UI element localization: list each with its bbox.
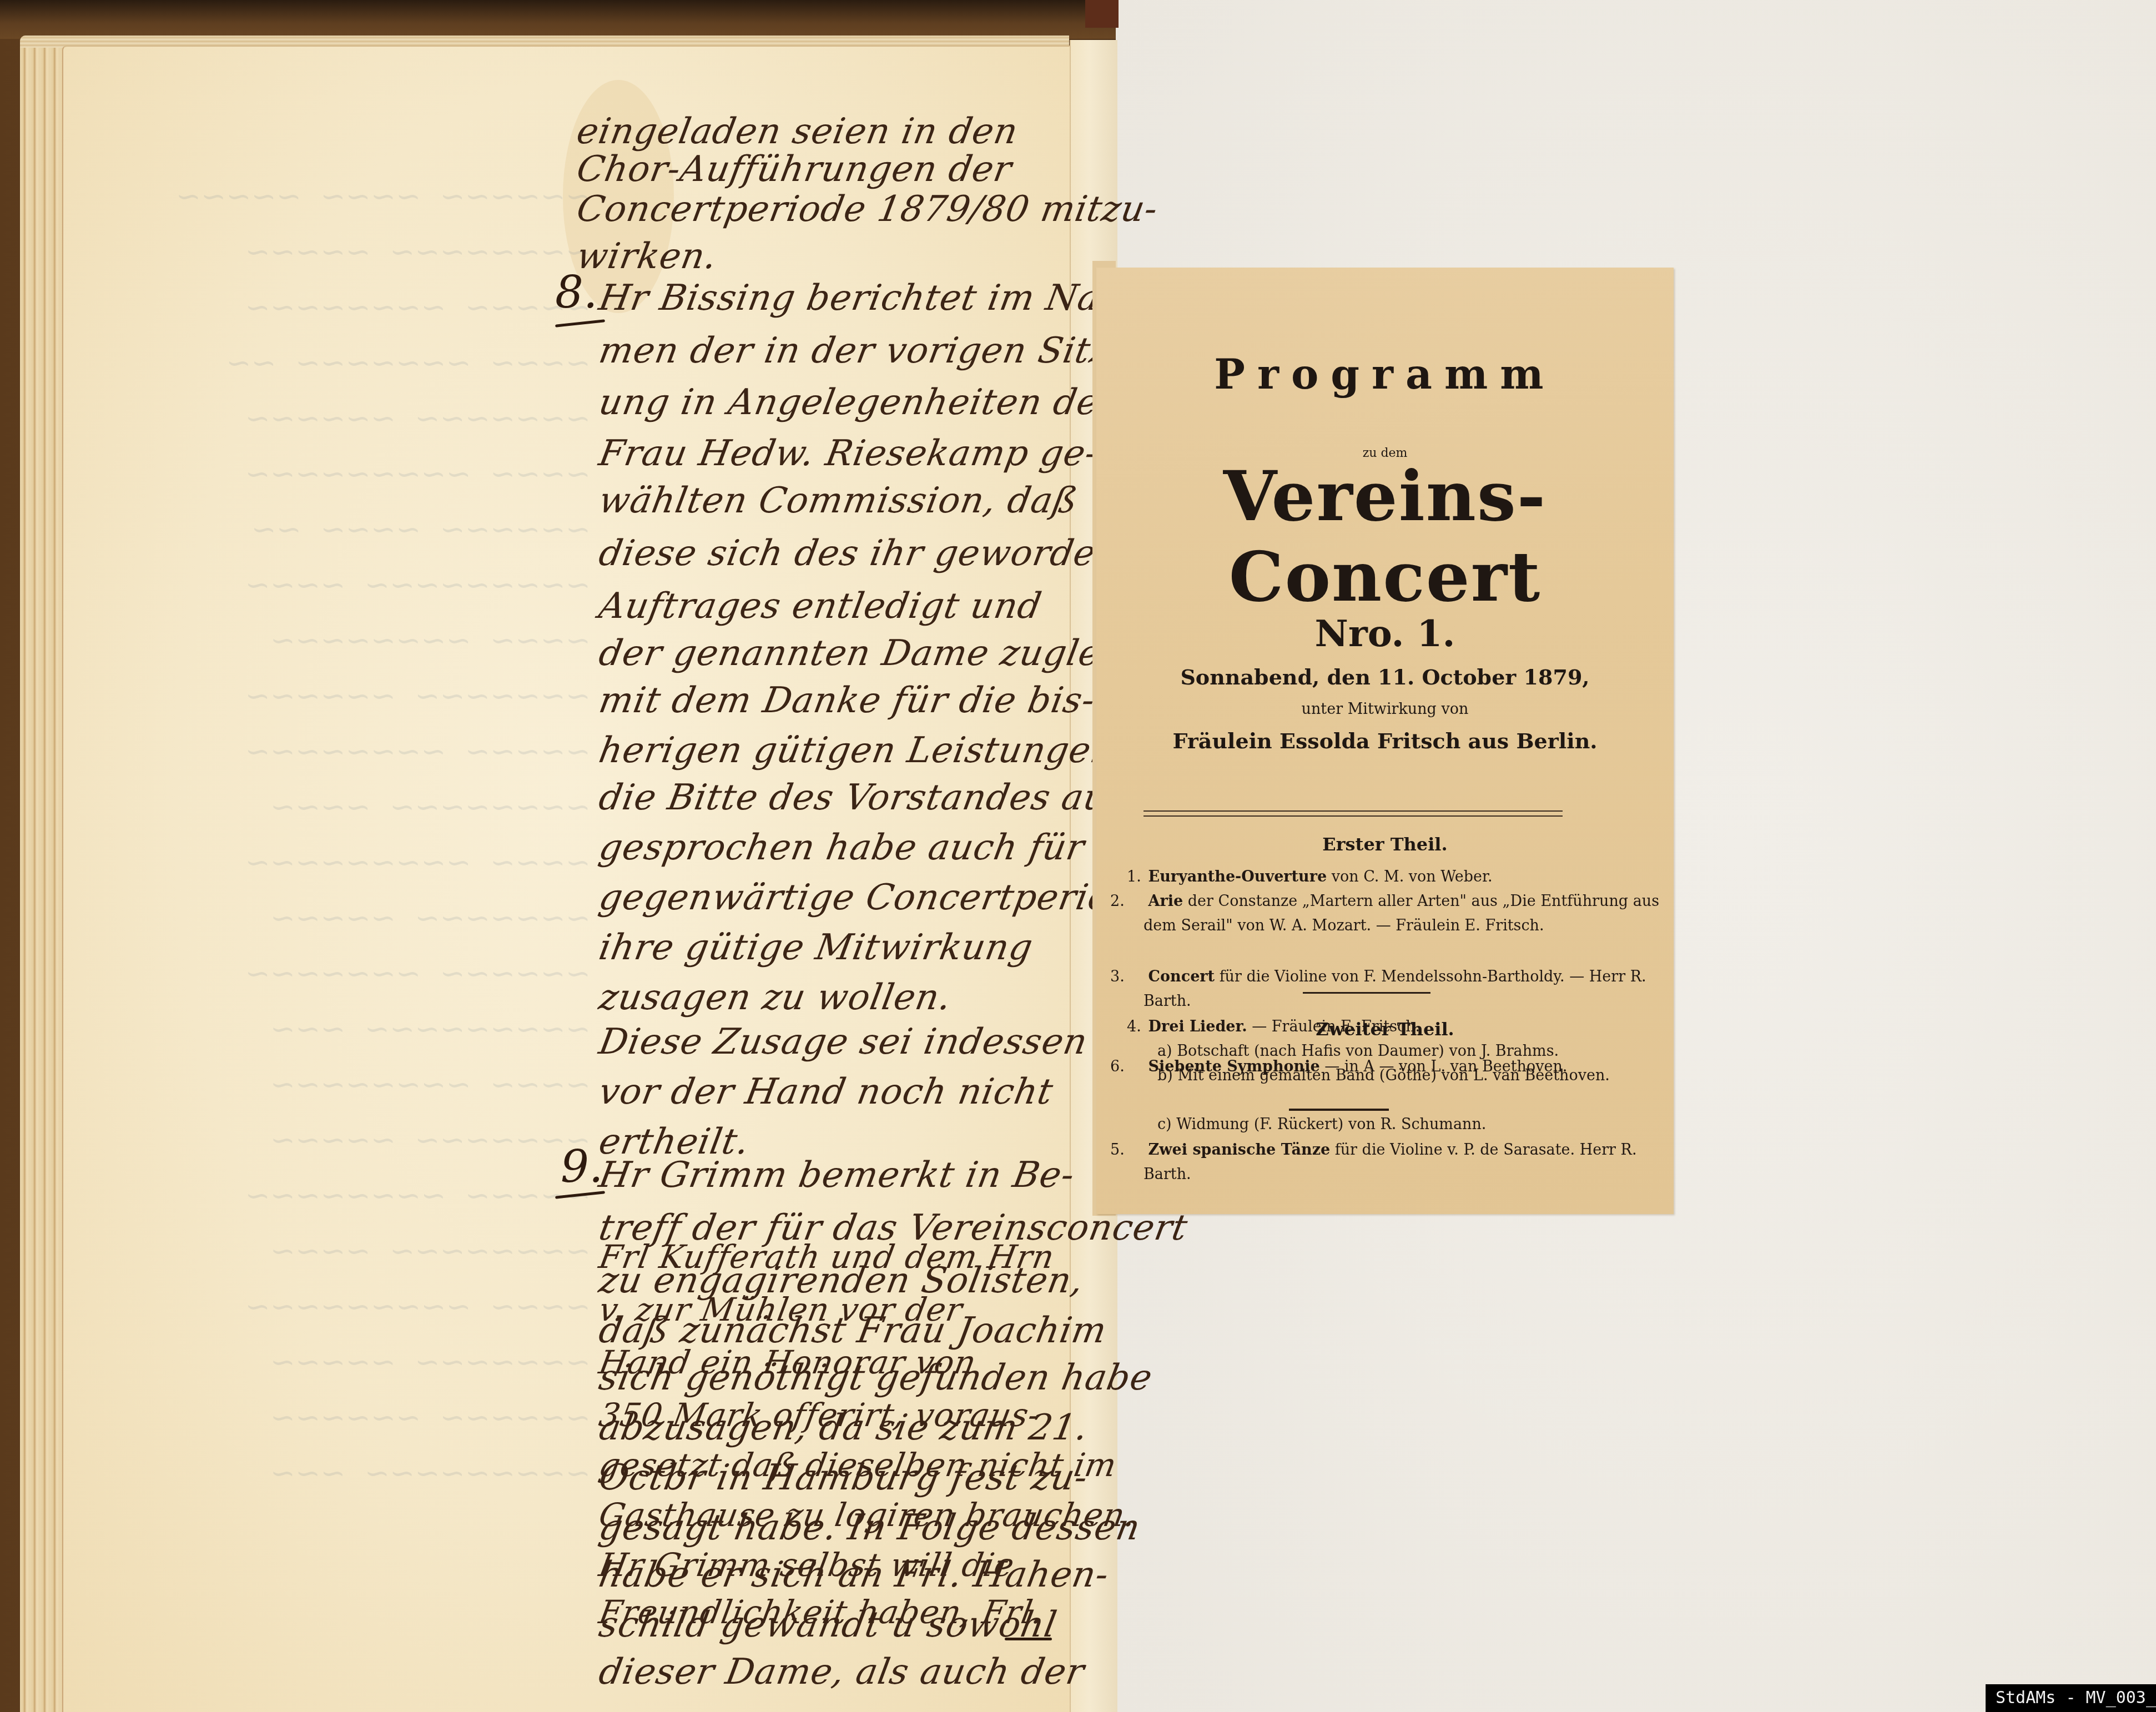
unter-mitwirkung: unter Mitwirkung von: [1096, 701, 1674, 718]
end-dash: [1005, 1638, 1052, 1640]
bleed-through-text: ~~~~~~ ~~~~ ~~~~~ ~~~~~~~~ ~~~~~ ~~~~~ ~…: [191, 169, 591, 1612]
hw-line: Chor-Aufführungen der: [573, 149, 1015, 190]
hw-line: Frau Hedw. Riesekamp ge-: [596, 433, 1101, 474]
hw-line: zusagen zu wollen.: [596, 977, 954, 1018]
book-cover-top-edge: [0, 0, 1116, 39]
programme-title: Vereins-Concert: [1096, 456, 1674, 617]
hw-line: dieser Dame, als auch der: [596, 1651, 1087, 1693]
item-number-8: 8.: [555, 266, 597, 318]
page-stack-edge: [20, 36, 64, 1712]
part-one-heading: Erster Theil.: [1096, 834, 1674, 855]
hw-line: ung in Angelegenheiten der: [596, 382, 1120, 423]
hw-line: v. zur Mühlen vor der: [596, 1291, 966, 1328]
hw-line: herigen gütigen Leistungen: [596, 730, 1117, 771]
programme-item: 3. Concert für die Violine von F. Mendel…: [1127, 965, 1671, 1014]
hw-line: eingeladen seien in den: [573, 111, 1021, 152]
hw-line: mit dem Danke für die bis-: [596, 680, 1098, 721]
hw-line: diese sich des ihr gewordenen: [596, 533, 1167, 574]
programme-item: 5. Zwei spanische Tänze für die Violine …: [1127, 1138, 1671, 1187]
archive-identifier-label: StdAMs - MV_003_058: [1986, 1684, 2156, 1712]
hw-line: gesprochen habe auch für die: [596, 827, 1156, 868]
hw-line: gegenwärtige Concertperiode: [596, 877, 1158, 918]
hw-line: Diese Zusage sei indessen: [596, 1021, 1090, 1063]
hw-line: Frl Kufferath und dem Hrn: [596, 1238, 1057, 1276]
hw-line: vor der Hand noch nicht: [596, 1071, 1056, 1112]
programme-item: 6. Siebente Symphonie — in A — von L. va…: [1127, 1055, 1671, 1079]
guest-performer: Fräulein Essolda Fritsch aus Berlin.: [1096, 728, 1674, 753]
hw-line: 350 Mark offerirt, voraus-: [596, 1396, 1043, 1434]
lied-c: c) Widmung (F. Rückert) von R. Schumann.: [1157, 1112, 1651, 1137]
hw-line: Hr Bissing berichtet im Na-: [596, 278, 1116, 319]
hw-line: wählten Commission, daß: [596, 480, 1081, 521]
hw-line: Hand ein Honorar von: [596, 1343, 979, 1381]
hw-line: der genannten Dame zugleich: [596, 633, 1160, 674]
hw-line: Hr Grimm bemerkt in Be-: [596, 1155, 1077, 1196]
concert-date: Sonnabend, den 11. October 1879,: [1096, 664, 1674, 689]
programme-item: 2. Arie der Constanze „Martern aller Art…: [1127, 889, 1671, 938]
hw-line: men der in der vorigen Sitz-: [596, 330, 1125, 371]
programme-heading: Programm: [1096, 351, 1674, 399]
double-rule: [1144, 810, 1563, 817]
hw-line: Freundlichkeit haben, Frl.: [596, 1593, 1046, 1631]
spine-fragment: [1085, 0, 1119, 28]
hw-line: die Bitte des Vorstandes aus-: [596, 777, 1142, 818]
hw-line: ihre gütige Mitwirkung: [596, 927, 1036, 968]
part-two-heading: Zweiter Theil.: [1096, 1019, 1674, 1040]
hw-line: Hr Grimm selbst will die: [596, 1546, 1017, 1584]
hw-line: Gasthause zu logiren brauchen.: [596, 1496, 1139, 1534]
section-rule: [1303, 992, 1430, 994]
item-number-9: 9.: [561, 1141, 603, 1192]
concert-number: Nro. 1.: [1096, 612, 1674, 655]
hw-line: gesetzt daß dieselben nicht im: [596, 1446, 1120, 1484]
hw-line: Auftrages entledigt und: [596, 586, 1045, 627]
programme-item: 1. Euryanthe-Ouverture von C. M. von Web…: [1127, 865, 1654, 889]
closing-rule: [1289, 1109, 1389, 1111]
hw-line: Concertperiode 1879/80 mitzu-: [573, 189, 1161, 230]
